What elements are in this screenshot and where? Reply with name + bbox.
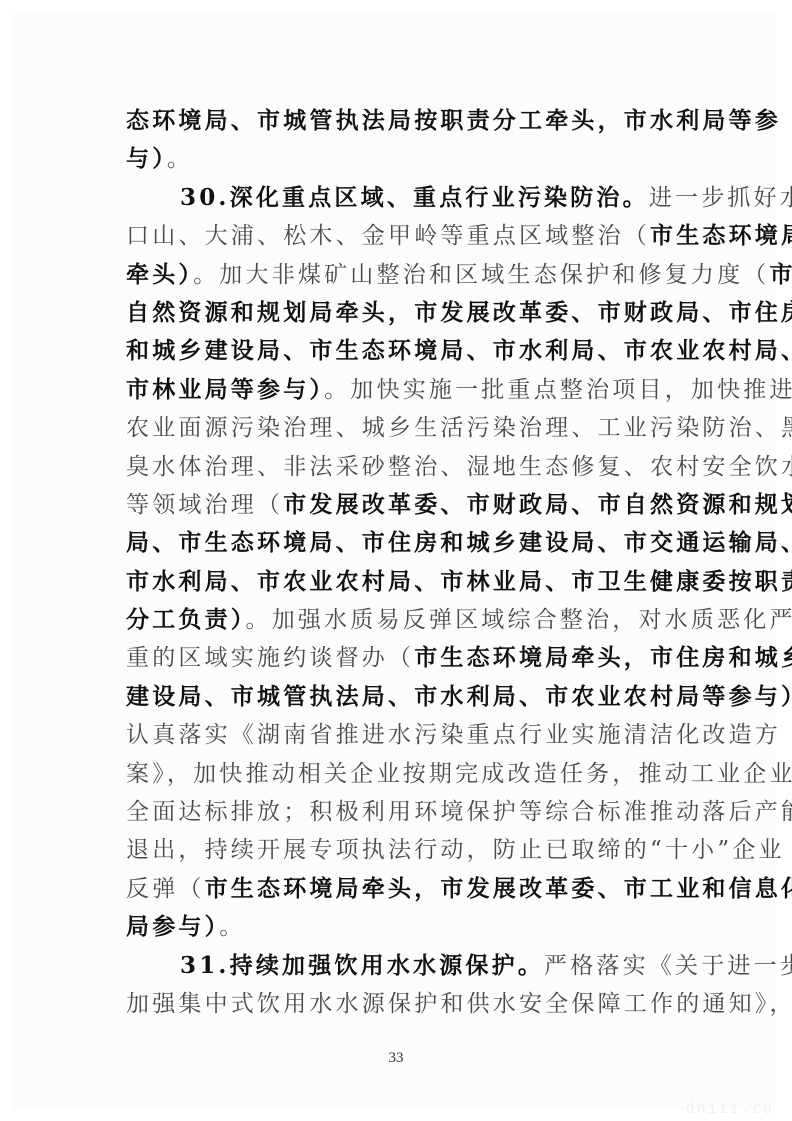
watermark: dniii.co xyxy=(686,1099,774,1117)
text-line: 反弹（市生态环境局牵头，市发展改革委、市工业和信息化 xyxy=(126,870,674,908)
text-line: 30.深化重点区域、重点行业污染防治。进一步抓好水 xyxy=(126,179,674,217)
text-line: 臭水体治理、非法采砂整治、湿地生态修复、农村安全饮水 xyxy=(126,448,674,486)
bold-text-segment: 态环境局、市城管执法局按职责分工牵头，市水利局等参 xyxy=(126,107,781,134)
text-segment: 等领域治理（ xyxy=(126,492,283,518)
bold-text-segment: 局参与） xyxy=(126,913,219,940)
text-segment: 。加大非煤矿山整治和区域生态保护和修复力度（ xyxy=(193,262,769,288)
text-line: 建设局、市城管执法局、市水利局、市农业农村局等参与）。 xyxy=(126,678,674,716)
text-segment: 。加快实施一批重点整治项目，加快推进 xyxy=(324,377,792,403)
text-line: 自然资源和规划局牵头，市发展改革委、市财政局、市住房 xyxy=(126,294,674,332)
text-segment: 反弹（ xyxy=(126,876,205,902)
bold-text-segment: 30.深化重点区域、重点行业污染防治。 xyxy=(180,184,649,211)
text-line: 市林业局等参与）。加快实施一批重点整治项目，加快推进 xyxy=(126,371,674,409)
text-segment: 进一步抓好水 xyxy=(649,185,792,211)
bold-text-segment: 牵头） xyxy=(126,261,193,288)
text-segment: 。 xyxy=(167,146,193,172)
text-segment: 退出，持续开展专项执法行动，防止已取缔的“十小”企业 xyxy=(126,837,785,863)
bold-text-segment: 建设局、市城管执法局、市水利局、市农业农村局等参与） xyxy=(126,683,792,710)
text-segment: 臭水体治理、非法采砂整治、湿地生态修复、农村安全饮水 xyxy=(126,454,792,480)
text-line: 退出，持续开展专项执法行动，防止已取缔的“十小”企业 xyxy=(126,831,674,869)
text-segment: 加强集中式饮用水水源保护和供水安全保障工作的通知》， xyxy=(126,991,792,1017)
text-line: 与）。 xyxy=(126,140,674,178)
text-line: 态环境局、市城管执法局按职责分工牵头，市水利局等参 xyxy=(126,102,674,140)
text-segment: 认真落实《湖南省推进水污染重点行业实施清洁化改造方 xyxy=(126,722,781,748)
text-line: 口山、大浦、松木、金甲岭等重点区域整治（市生态环境局 xyxy=(126,217,674,255)
bold-text-segment: 市生态环境局牵头，市住房和城乡 xyxy=(414,644,792,671)
text-line: 局参与）。 xyxy=(126,908,674,946)
bold-text-segment: 自然资源和规划局牵头，市发展改革委、市财政局、市住房 xyxy=(126,299,792,326)
bold-text-segment: 市林业局等参与） xyxy=(126,376,324,403)
text-line: 加强集中式饮用水水源保护和供水安全保障工作的通知》， xyxy=(126,985,674,1023)
bold-text-segment: 市生态环境局 xyxy=(650,222,792,249)
document-body: 态环境局、市城管执法局按职责分工牵头，市水利局等参与）。30.深化重点区域、重点… xyxy=(126,102,674,1023)
bold-text-segment: 31.持续加强饮用水水源保护。 xyxy=(180,952,544,979)
bold-text-segment: 局、市生态环境局、市住房和城乡建设局、市交通运输局、 xyxy=(126,529,792,556)
text-line: 分工负责）。加强水质易反弹区域综合整治，对水质恶化严 xyxy=(126,601,674,639)
text-line: 等领域治理（市发展改革委、市财政局、市自然资源和规划 xyxy=(126,486,674,524)
text-segment: 口山、大浦、松木、金甲岭等重点区域整治（ xyxy=(126,223,650,249)
text-segment: 全面达标排放；积极利用环境保护等综合标准推动落后产能 xyxy=(126,799,792,825)
text-line: 重的区域实施约谈督办（市生态环境局牵头，市住房和城乡 xyxy=(126,639,674,677)
bold-text-segment: 和城乡建设局、市生态环境局、市水利局、市农业农村局、 xyxy=(126,337,792,364)
bold-text-segment: 市发展改革委、市财政局、市自然资源和规划 xyxy=(283,491,792,518)
bold-text-segment: 市 xyxy=(770,261,792,288)
text-line: 农业面源污染治理、城乡生活污染治理、工业污染防治、黑 xyxy=(126,409,674,447)
text-segment: 案》，加快推动相关企业按期完成改造任务，推动工业企业 xyxy=(126,761,792,787)
text-segment: 。 xyxy=(219,914,245,940)
text-segment: 严格落实《关于进一步 xyxy=(544,953,792,979)
text-line: 牵头）。加大非煤矿山整治和区域生态保护和修复力度（市 xyxy=(126,256,674,294)
bold-text-segment: 市水利局、市农业农村局、市林业局、市卫生健康委按职责 xyxy=(126,568,792,595)
text-segment: 重的区域实施约谈督办（ xyxy=(126,645,414,671)
text-line: 全面达标排放；积极利用环境保护等综合标准推动落后产能 xyxy=(126,793,674,831)
text-line: 局、市生态环境局、市住房和城乡建设局、市交通运输局、 xyxy=(126,524,674,562)
bold-text-segment: 与） xyxy=(126,145,167,172)
bold-text-segment: 分工负责） xyxy=(126,606,246,633)
bold-text-segment: 市生态环境局牵头，市发展改革委、市工业和信息化 xyxy=(205,875,792,902)
text-line: 案》，加快推动相关企业按期完成改造任务，推动工业企业 xyxy=(126,755,674,793)
text-line: 认真落实《湖南省推进水污染重点行业实施清洁化改造方 xyxy=(126,716,674,754)
text-segment: 。加强水质易反弹区域综合整治，对水质恶化严 xyxy=(246,607,792,633)
text-line: 和城乡建设局、市生态环境局、市水利局、市农业农村局、 xyxy=(126,332,674,370)
page-number: 33 xyxy=(0,1050,792,1067)
text-segment: 农业面源污染治理、城乡生活污染治理、工业污染防治、黑 xyxy=(126,415,792,441)
text-line: 31.持续加强饮用水水源保护。严格落实《关于进一步 xyxy=(126,947,674,985)
text-line: 市水利局、市农业农村局、市林业局、市卫生健康委按职责 xyxy=(126,563,674,601)
